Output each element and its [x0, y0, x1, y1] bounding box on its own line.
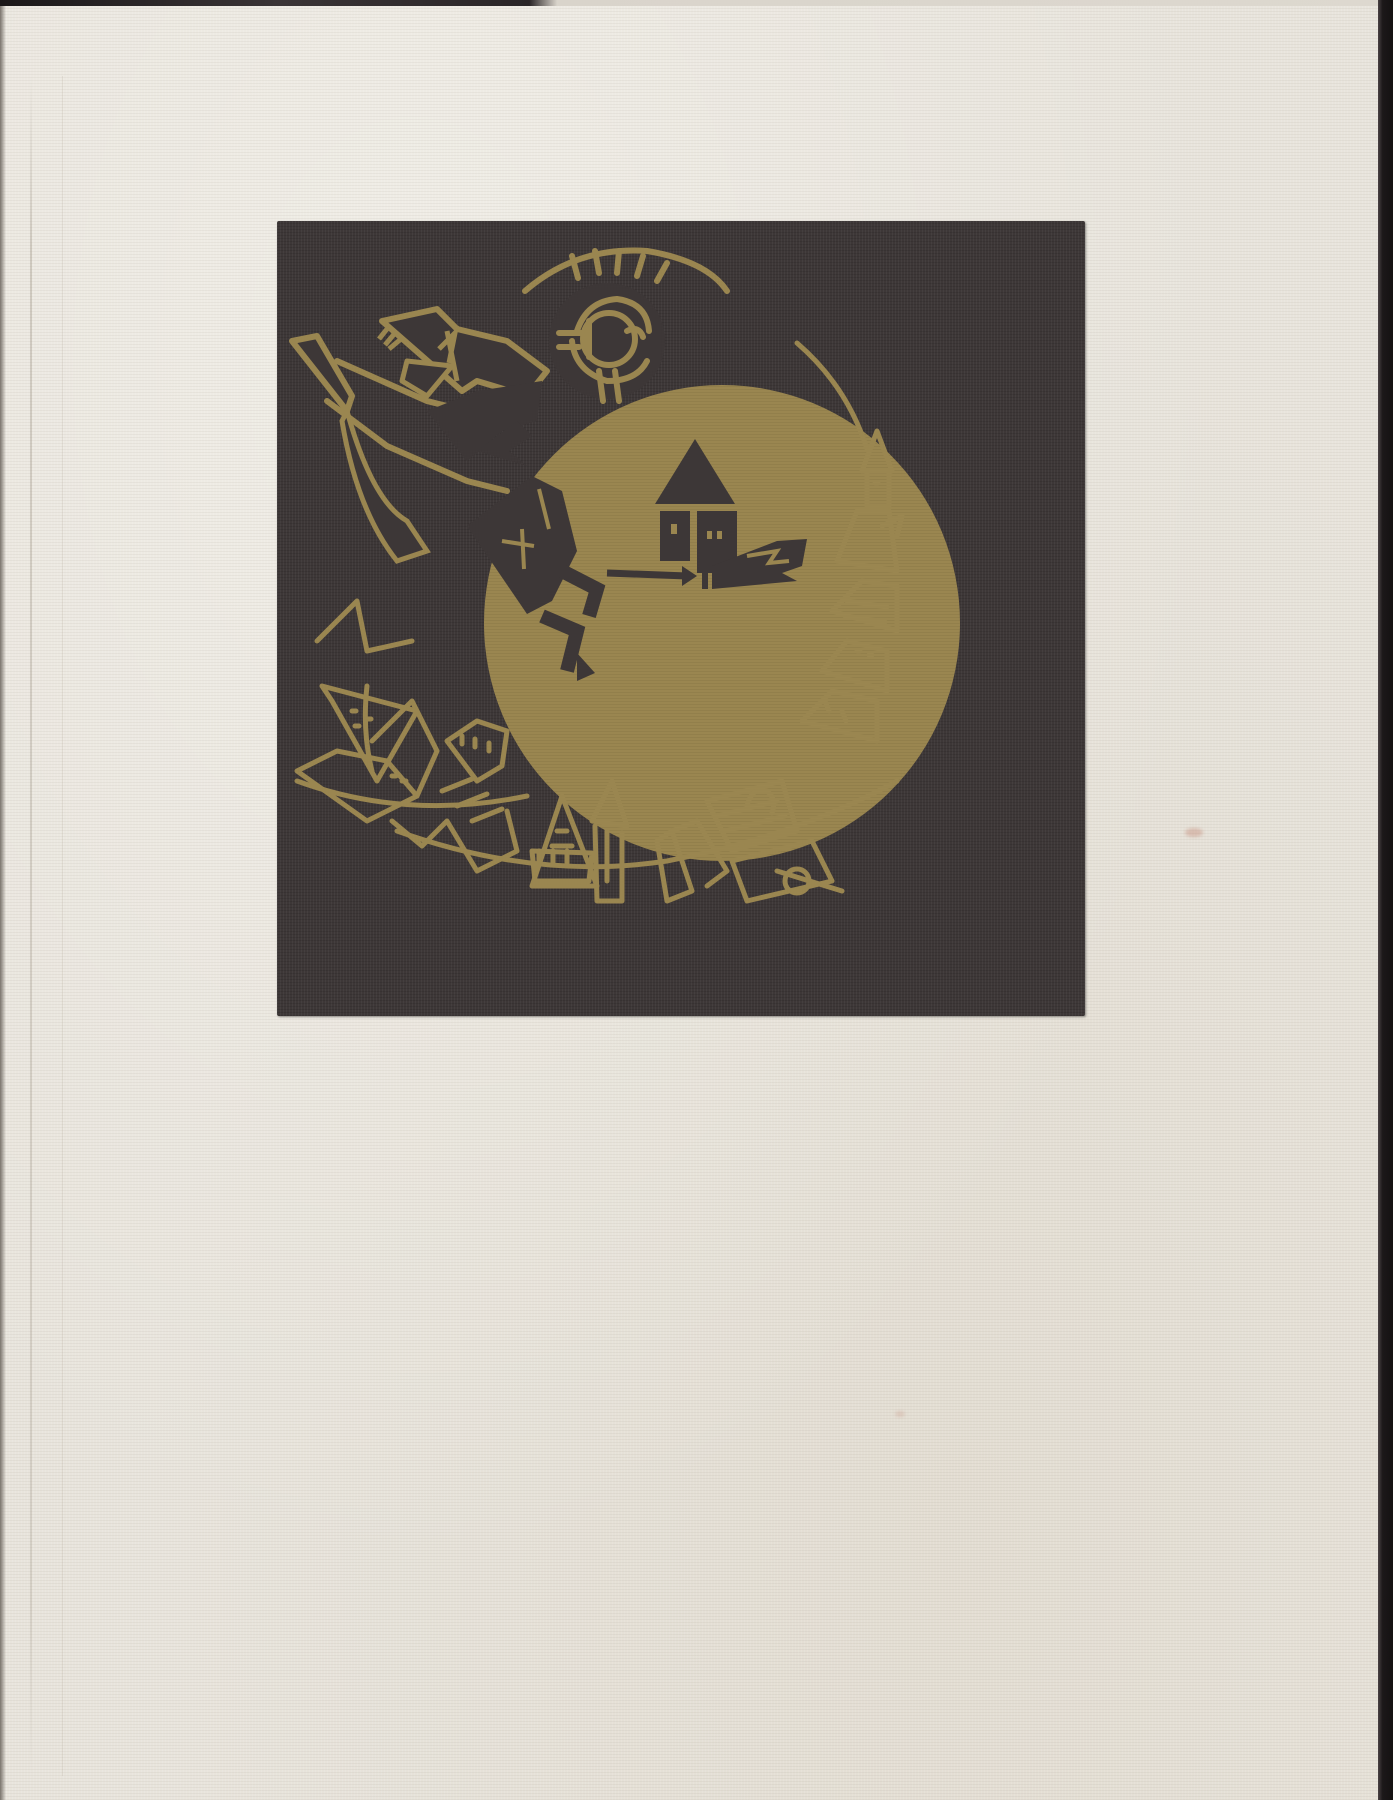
book-left-edge [0, 6, 6, 1800]
spine-crease-secondary [62, 76, 63, 1776]
cloth-stain [895, 1411, 905, 1417]
book-cover [0, 6, 1378, 1800]
witch-figure [292, 309, 597, 681]
spine-crease [30, 76, 32, 1776]
book-right-edge [1378, 0, 1393, 1800]
crescent-moon-emblem-icon [525, 251, 727, 402]
cloth-stain [1185, 828, 1203, 837]
witch-on-broom-illustration [277, 221, 1085, 1016]
cover-illustration-panel [277, 221, 1085, 1016]
